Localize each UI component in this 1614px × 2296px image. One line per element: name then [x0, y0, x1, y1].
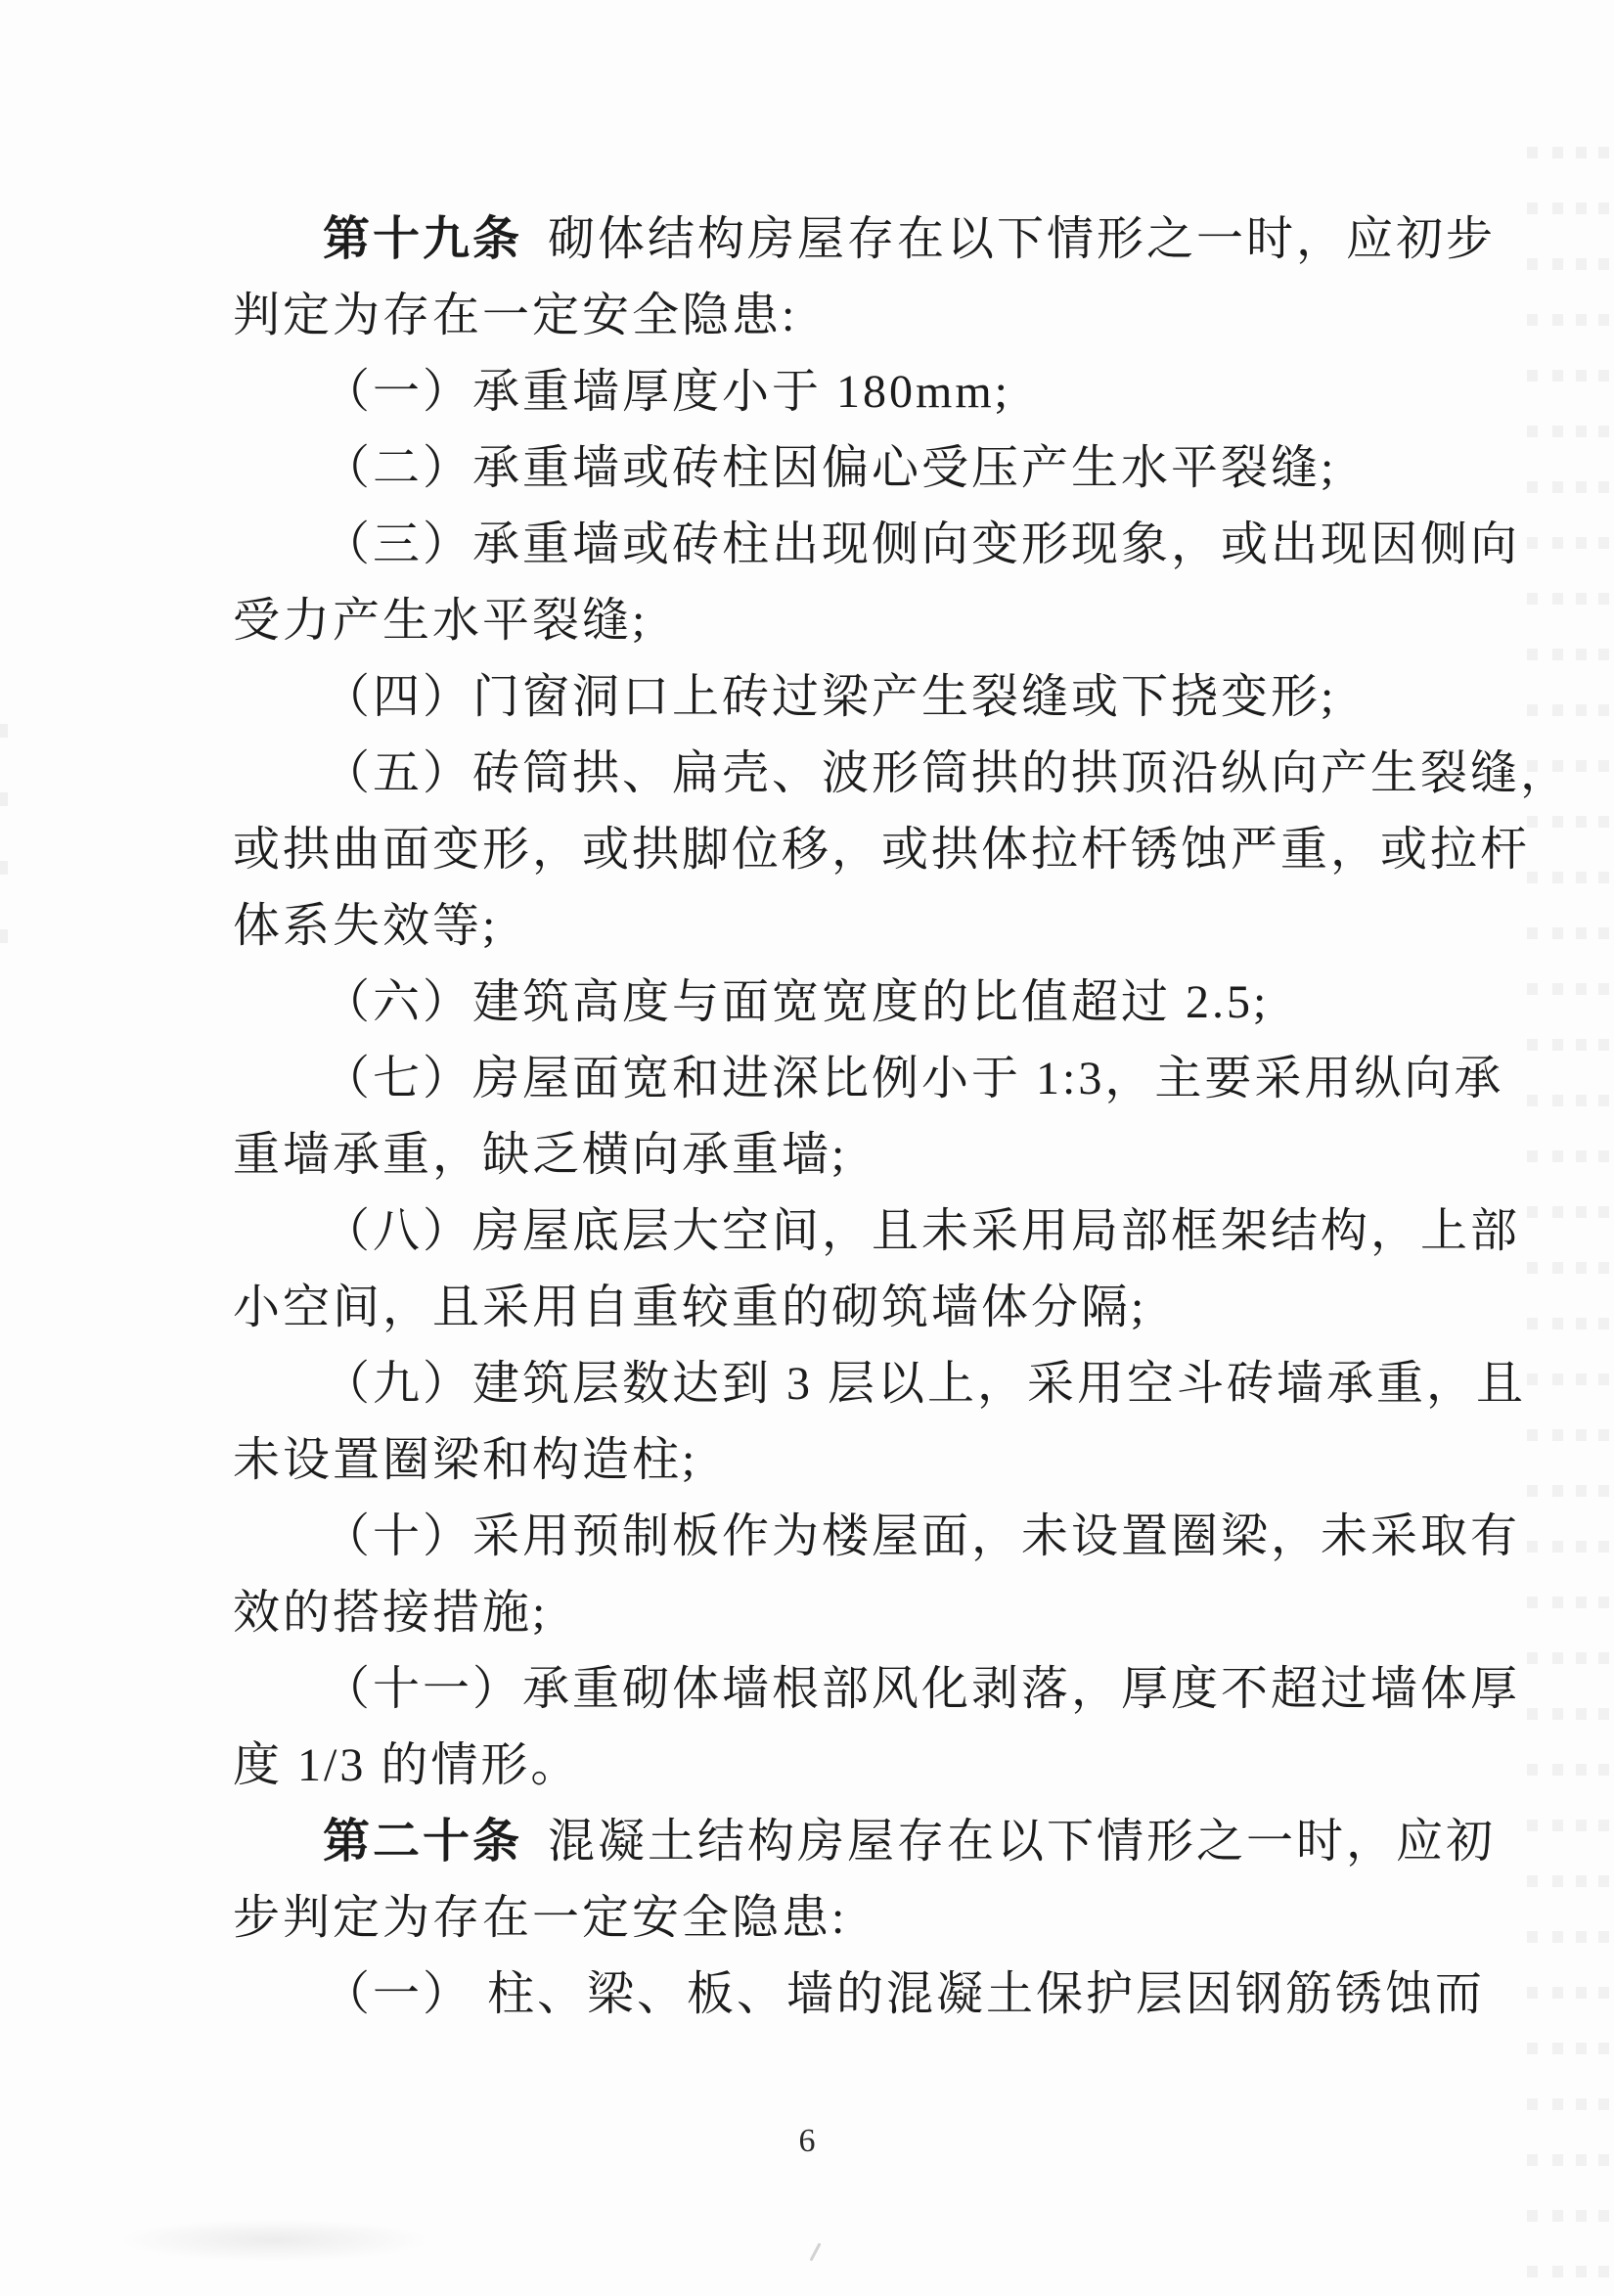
article-19-heading: 第十九条	[323, 213, 522, 265]
scan-artifact-column	[1598, 147, 1609, 2286]
text-line: （六）建筑高度与面宽宽度的比值超过 2.5;	[233, 965, 1465, 1041]
text-line: （十）采用预制板作为楼屋面，未设置圈梁，未采取有	[233, 1499, 1465, 1575]
text-line: （七）房屋面宽和进深比例小于 1:3，主要采用纵向承	[233, 1041, 1465, 1117]
scan-artifact-smudge	[117, 2219, 430, 2262]
text-line: 小空间，且采用自重较重的砌筑墙体分隔;	[233, 1270, 1465, 1346]
text-line: 第二十条混凝土结构房屋存在以下情形之一时，应初	[233, 1804, 1465, 1880]
text-line: （四）门窗洞口上砖过梁产生裂缝或下挠变形;	[233, 659, 1465, 736]
article-19-intro: 砌体结构房屋存在以下情形之一时，应初步	[548, 213, 1496, 265]
scan-artifact-left-edge	[0, 724, 8, 988]
text-line: （一） 柱、梁、板、墙的混凝土保护层因钢筋锈蚀而	[233, 1957, 1465, 2033]
text-line: 度 1/3 的情形。	[233, 1728, 1465, 1804]
text-line: 判定为存在一定安全隐患:	[233, 278, 1465, 354]
text-line: 体系失效等;	[233, 888, 1465, 965]
text-line: 或拱曲面变形，或拱脚位移，或拱体拉杆锈蚀严重，或拉杆	[233, 812, 1465, 888]
page-number: 6	[0, 2123, 1614, 2160]
scan-artifact-column	[1527, 147, 1538, 2286]
scan-artifact-column	[1552, 147, 1563, 2286]
text-line: （十一）承重砌体墙根部风化剥落，厚度不超过墙体厚	[233, 1651, 1465, 1728]
document-body: 第十九条砌体结构房屋存在以下情形之一时，应初步 判定为存在一定安全隐患: （一）…	[233, 202, 1465, 2033]
text-line: 第十九条砌体结构房屋存在以下情形之一时，应初步	[233, 202, 1465, 278]
text-line: 效的搭接措施;	[233, 1575, 1465, 1651]
text-line: 步判定为存在一定安全隐患:	[233, 1880, 1465, 1957]
text-line: 重墙承重，缺乏横向承重墙;	[233, 1117, 1465, 1193]
text-line: （五）砖筒拱、扁壳、波形筒拱的拱顶沿纵向产生裂缝，	[233, 736, 1465, 812]
text-line: （一）承重墙厚度小于 180mm;	[233, 354, 1465, 430]
text-line: 未设置圈梁和构造柱;	[233, 1422, 1465, 1499]
text-line: （九）建筑层数达到 3 层以上，采用空斗砖墙承重，且	[233, 1346, 1465, 1422]
text-line: （二）承重墙或砖柱因偏心受压产生水平裂缝;	[233, 430, 1465, 507]
text-line: 受力产生水平裂缝;	[233, 583, 1465, 659]
article-20-heading: 第二十条	[323, 1816, 522, 1868]
document-page: 第十九条砌体结构房屋存在以下情形之一时，应初步 判定为存在一定安全隐患: （一）…	[0, 0, 1614, 2296]
article-20-intro: 混凝土结构房屋存在以下情形之一时，应初	[548, 1816, 1496, 1868]
text-line: （八）房屋底层大空间，且未采用局部框架结构，上部	[233, 1193, 1465, 1270]
text-line: （三）承重墙或砖柱出现侧向变形现象，或出现因侧向	[233, 507, 1465, 583]
scan-artifact-tick	[809, 2242, 821, 2261]
scan-artifact-column	[1576, 147, 1587, 2286]
